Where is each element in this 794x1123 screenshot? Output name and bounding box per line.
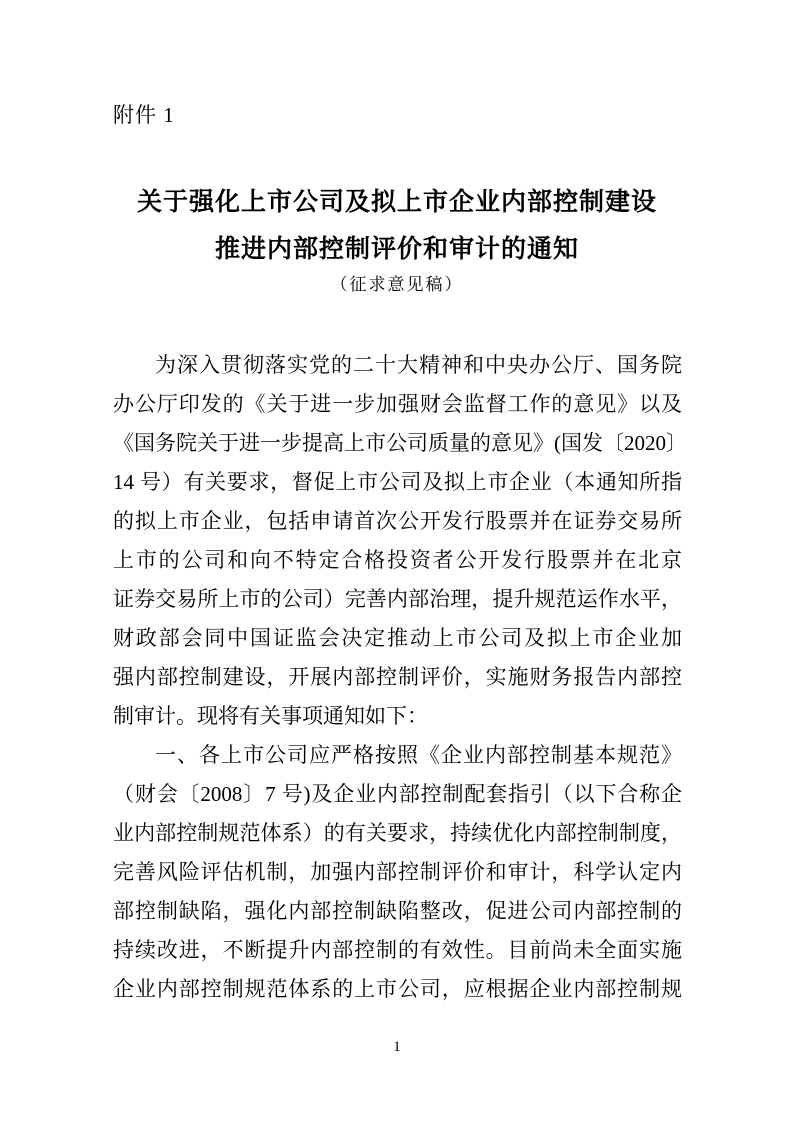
body-line: （财会〔2008〕7 号)及企业内部控制配套指引（以下合称企 <box>113 775 682 814</box>
body-line: 上市的公司和向不特定合格投资者公开发行股票并在北京 <box>113 541 682 580</box>
body-line: 的拟上市企业，包括申请首次公开发行股票并在证券交易所 <box>113 502 682 541</box>
body-line: 强内部控制建设，开展内部控制评价，实施财务报告内部控 <box>113 658 682 697</box>
document-page: 附件 1 关于强化上市公司及拟上市企业内部控制建设 推进内部控制评价和审计的通知… <box>0 0 794 1123</box>
attachment-label: 附件 1 <box>113 100 175 130</box>
body-line: 财政部会同中国证监会决定推动上市公司及拟上市企业加 <box>113 619 682 658</box>
body-line: 企业内部控制规范体系的上市公司，应根据企业内部控制规 <box>113 970 682 1009</box>
document-title-line2: 推进内部控制评价和审计的通知 <box>0 226 794 273</box>
body-line: 完善风险评估机制，加强内部控制评价和审计，科学认定内 <box>113 853 682 892</box>
body-line: 14 号）有关要求，督促上市公司及拟上市企业（本通知所指 <box>113 463 682 502</box>
body-line: 证券交易所上市的公司）完善内部治理，提升规范运作水平， <box>113 580 682 619</box>
body-line: 办公厅印发的《关于进一步加强财会监督工作的意见》以及 <box>113 385 682 424</box>
body-line: 一、各上市公司应严格按照《企业内部控制基本规范》 <box>113 736 682 775</box>
page-number: 1 <box>0 1036 794 1058</box>
document-subtitle: （征求意见稿） <box>0 272 794 298</box>
body-line: 部控制缺陷，强化内部控制缺陷整改，促进公司内部控制的 <box>113 892 682 931</box>
body-line: 为深入贯彻落实党的二十大精神和中央办公厅、国务院 <box>113 346 682 385</box>
body-line: 制审计。现将有关事项通知如下： <box>113 697 682 736</box>
document-body: 为深入贯彻落实党的二十大精神和中央办公厅、国务院 办公厅印发的《关于进一步加强财… <box>113 346 682 1009</box>
document-title: 关于强化上市公司及拟上市企业内部控制建设 推进内部控制评价和审计的通知 <box>0 179 794 273</box>
body-line: 持续改进，不断提升内部控制的有效性。目前尚未全面实施 <box>113 931 682 970</box>
document-title-line1: 关于强化上市公司及拟上市企业内部控制建设 <box>0 179 794 226</box>
body-line: 业内部控制规范体系）的有关要求，持续优化内部控制制度， <box>113 814 682 853</box>
body-line: 《国务院关于进一步提高上市公司质量的意见》(国发〔2020〕 <box>113 424 682 463</box>
